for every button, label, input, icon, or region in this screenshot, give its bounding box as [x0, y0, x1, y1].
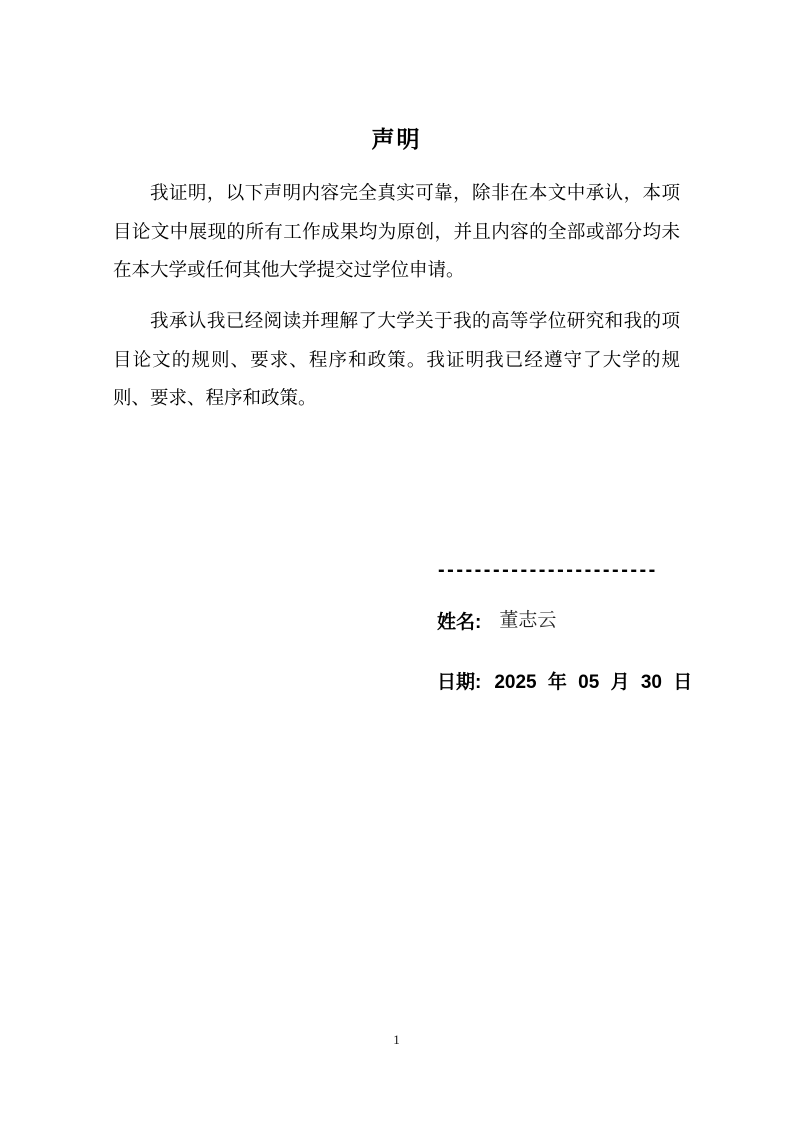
name-value: 董志云 [499, 610, 556, 631]
declaration-paragraph-1: 我证明，以下声明内容完全真实可靠，除非在本文中承认，本项目论文中展现的所有工作成… [113, 175, 680, 291]
signature-dashed-line: ------------------------ [438, 558, 658, 582]
name-label: 姓名: [437, 612, 481, 633]
declaration-paragraph-2: 我承认我已经阅读并理解了大学关于我的高等学位研究和我的项目论文的规则、要求、程序… [113, 303, 680, 419]
signature-date-row: 日期: 2025 年 05 月 30 日 [437, 667, 692, 694]
date-value: 2025 年 05 月 30 日 [494, 672, 692, 693]
page-footer: 1 [0, 1031, 793, 1049]
signature-name-row: 姓名: 董志云 [437, 607, 556, 634]
page-number: 1 [393, 1032, 400, 1047]
date-label: 日期: [437, 672, 481, 693]
page-title: 声明 [0, 121, 793, 154]
document-page: 声明 我证明，以下声明内容完全真实可靠，除非在本文中承认，本项目论文中展现的所有… [0, 0, 793, 1122]
